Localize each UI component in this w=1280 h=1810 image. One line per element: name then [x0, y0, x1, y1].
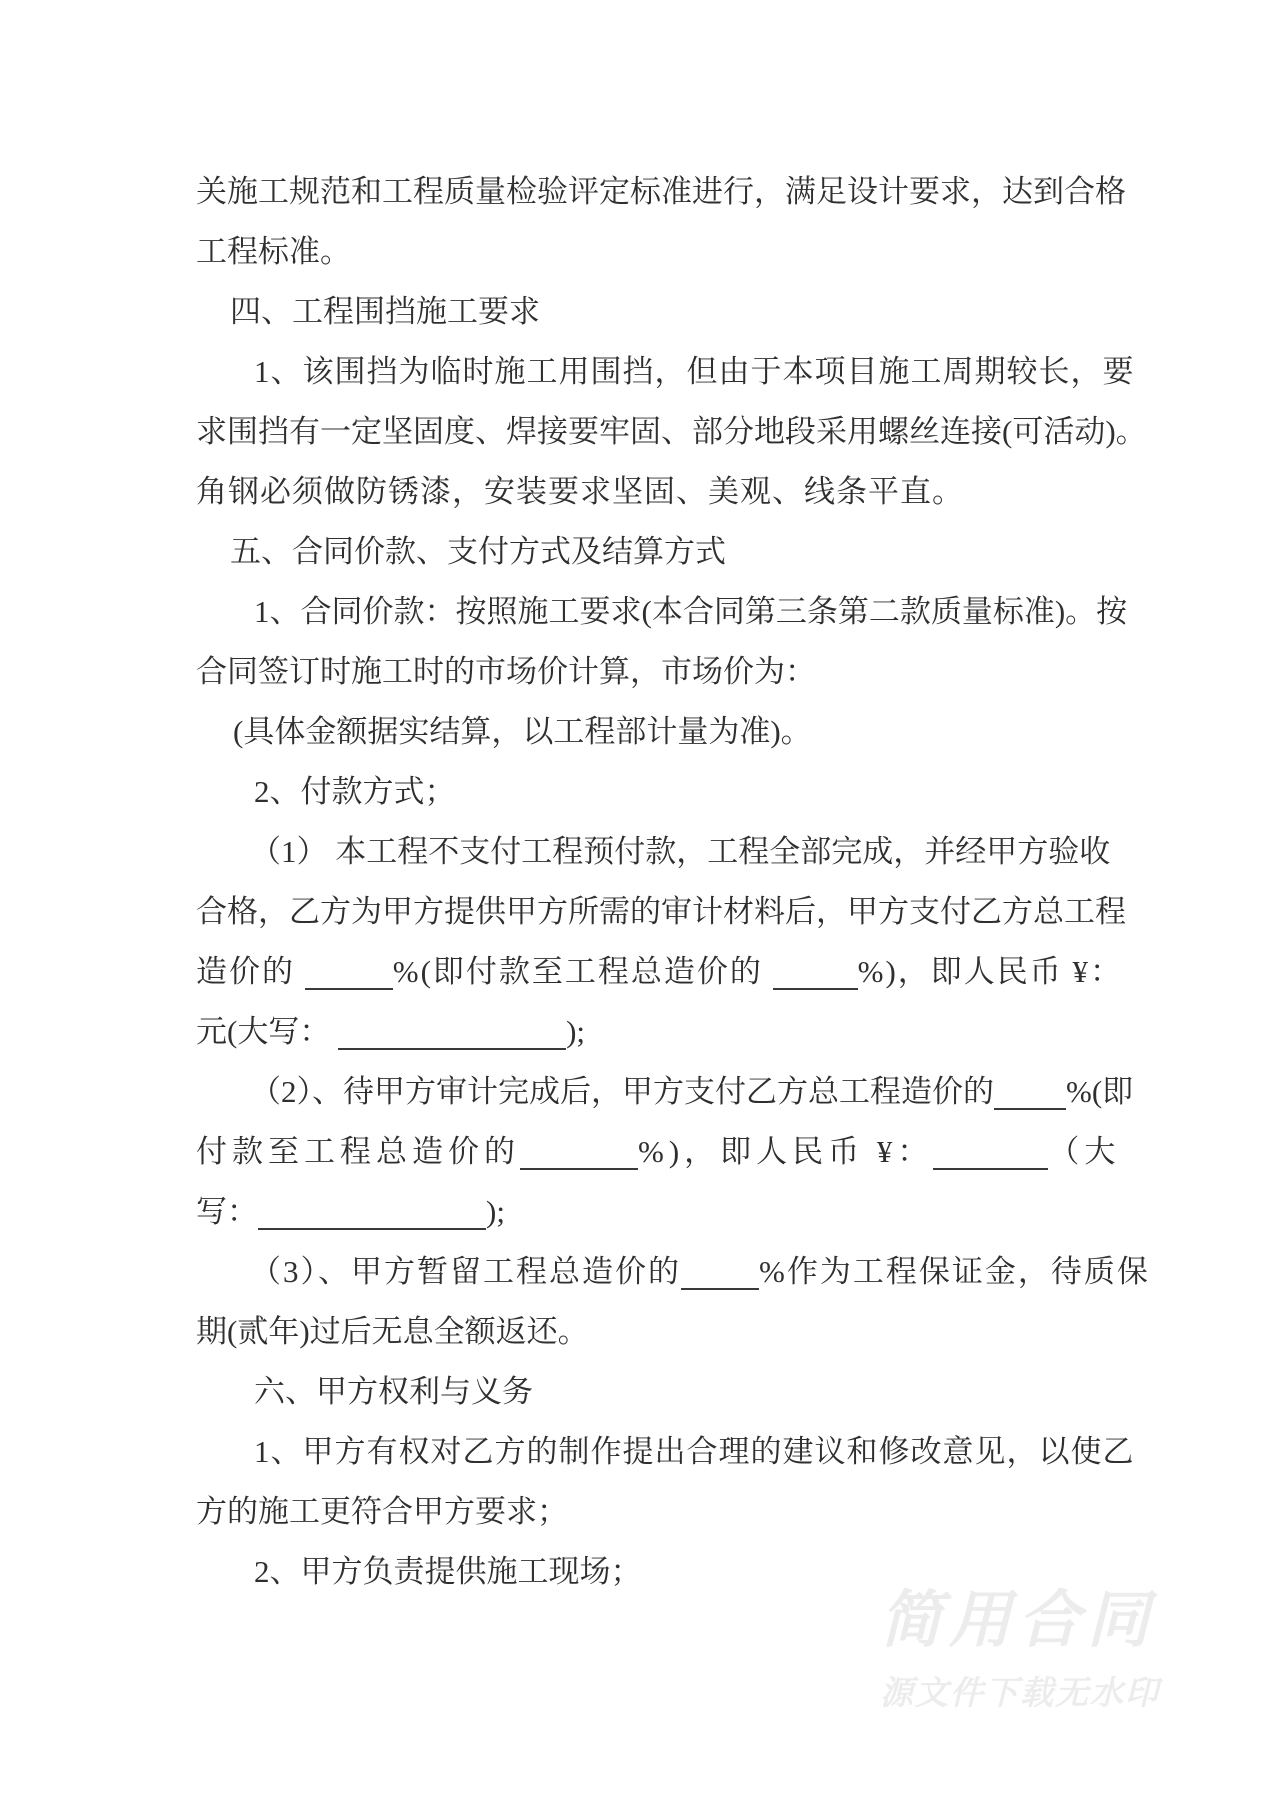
fill-in-blank [520, 1138, 638, 1170]
line-text: 2、甲方负责提供施工现场； [254, 1554, 642, 1589]
line-text: （3）、甲方暂留工程总造价的 [250, 1254, 681, 1289]
fill-in-blank [258, 1198, 486, 1230]
document-line: 元(大写： ); [196, 1002, 1156, 1062]
document-body: 关施工规范和工程质量检验评定标准进行，满足设计要求，达到合格工程标准。四、工程围… [196, 162, 1156, 1602]
line-text: %)，即人民币 ¥： [858, 954, 1123, 989]
fill-in-blank [933, 1138, 1048, 1170]
line-text: 方的施工更符合甲方要求； [196, 1494, 568, 1529]
document-line: 角钢必须做防锈漆，安装要求坚固、美观、线条平直。 [196, 462, 1156, 522]
document-line: (具体金额据实结算，以工程部计量为准)。 [196, 702, 1156, 762]
line-text: 1、甲方有权对乙方的制作提出合理的建议和修改意见，以使乙 [254, 1434, 1135, 1469]
contract-page: 关施工规范和工程质量检验评定标准进行，满足设计要求，达到合格工程标准。四、工程围… [0, 0, 1280, 1810]
watermark-title: 简用合同 [880, 1588, 1220, 1654]
document-line: 关施工规范和工程质量检验评定标准进行，满足设计要求，达到合格 [196, 162, 1156, 222]
document-line: 合格，乙方为甲方提供甲方所需的审计材料后，甲方支付乙方总工程 [196, 882, 1156, 942]
line-text: ); [486, 1194, 505, 1229]
line-text: ); [566, 1014, 585, 1049]
document-line: 六、甲方权利与义务 [196, 1362, 1156, 1422]
document-line: 方的施工更符合甲方要求； [196, 1482, 1156, 1542]
watermark-subtitle: 源文件下载无水印 [880, 1676, 1220, 1710]
fill-in-blank [773, 958, 858, 990]
fill-in-blank [994, 1078, 1066, 1110]
document-line: （2）、待甲方审计完成后，甲方支付乙方总工程造价的%(即 [196, 1062, 1156, 1122]
document-line: 四、工程围挡施工要求 [196, 282, 1156, 342]
document-line: 期(贰年)过后无息全额返还。 [196, 1302, 1156, 1362]
line-text: %(即 [1066, 1074, 1133, 1109]
line-text: 造价的 [196, 954, 305, 989]
line-text: 六、甲方权利与义务 [254, 1374, 533, 1409]
line-text: 1、合同价款：按照施工要求(本合同第三条第二款质量标准)。按 [254, 594, 1127, 629]
line-text: 五、合同价款、支付方式及结算方式 [230, 534, 726, 569]
line-text: 合同签订时施工时的市场价计算，市场价为： [196, 654, 816, 689]
document-line: 求围挡有一定坚固度、焊接要牢固、部分地段采用螺丝连接(可活动)。 [196, 402, 1156, 462]
line-text: （1） 本工程不支付工程预付款，工程全部完成，并经甲方验收 [250, 834, 1110, 869]
line-text: (具体金额据实结算，以工程部计量为准)。 [233, 714, 812, 749]
document-line: 造价的 %(即付款至工程总造价的 %)，即人民币 ¥： [196, 942, 1156, 1002]
line-text: %(即付款至工程总造价的 [393, 954, 773, 989]
line-text: 角钢必须做防锈漆，安装要求坚固、美观、线条平直。 [196, 474, 964, 509]
document-line: 1、合同价款：按照施工要求(本合同第三条第二款质量标准)。按 [196, 582, 1156, 642]
document-line: 五、合同价款、支付方式及结算方式 [196, 522, 1156, 582]
line-text: 1、该围挡为临时施工用围挡，但由于本项目施工周期较长，要 [254, 354, 1135, 389]
document-line: 工程标准。 [196, 222, 1156, 282]
line-text: 元(大写： [196, 1014, 338, 1049]
document-line: 付款至工程总造价的%)，即人民币 ¥：（大 [196, 1122, 1156, 1182]
document-line: 2、付款方式； [196, 762, 1156, 822]
line-text: 合格，乙方为甲方提供甲方所需的审计材料后，甲方支付乙方总工程 [196, 894, 1126, 929]
line-text: 写： [196, 1194, 258, 1229]
line-text: 四、工程围挡施工要求 [230, 294, 540, 329]
document-line: 1、该围挡为临时施工用围挡，但由于本项目施工周期较长，要 [196, 342, 1156, 402]
line-text: 工程标准。 [196, 234, 351, 269]
document-line: 写：); [196, 1182, 1156, 1242]
line-text: 求围挡有一定坚固度、焊接要牢固、部分地段采用螺丝连接(可活动)。 [196, 414, 1147, 449]
line-text: （2）、待甲方审计完成后，甲方支付乙方总工程造价的 [250, 1074, 994, 1109]
line-text: %)，即人民币 ¥： [638, 1134, 933, 1169]
line-text: 付款至工程总造价的 [196, 1134, 520, 1169]
document-line: （3）、甲方暂留工程总造价的%作为工程保证金，待质保 [196, 1242, 1156, 1302]
line-text: 关施工规范和工程质量检验评定标准进行，满足设计要求，达到合格 [196, 174, 1126, 209]
fill-in-blank [681, 1258, 759, 1290]
document-line: 合同签订时施工时的市场价计算，市场价为： [196, 642, 1156, 702]
line-text: 2、付款方式； [254, 774, 456, 809]
line-text: %作为工程保证金，待质保 [759, 1254, 1150, 1289]
line-text: 期(贰年)过后无息全额返还。 [196, 1314, 589, 1349]
fill-in-blank [338, 1018, 566, 1050]
watermark: 简用合同 源文件下载无水印 [880, 1588, 1220, 1710]
fill-in-blank [305, 958, 393, 990]
line-text: （大 [1048, 1134, 1120, 1169]
document-line: 1、甲方有权对乙方的制作提出合理的建议和修改意见，以使乙 [196, 1422, 1156, 1482]
document-line: （1） 本工程不支付工程预付款，工程全部完成，并经甲方验收 [196, 822, 1156, 882]
